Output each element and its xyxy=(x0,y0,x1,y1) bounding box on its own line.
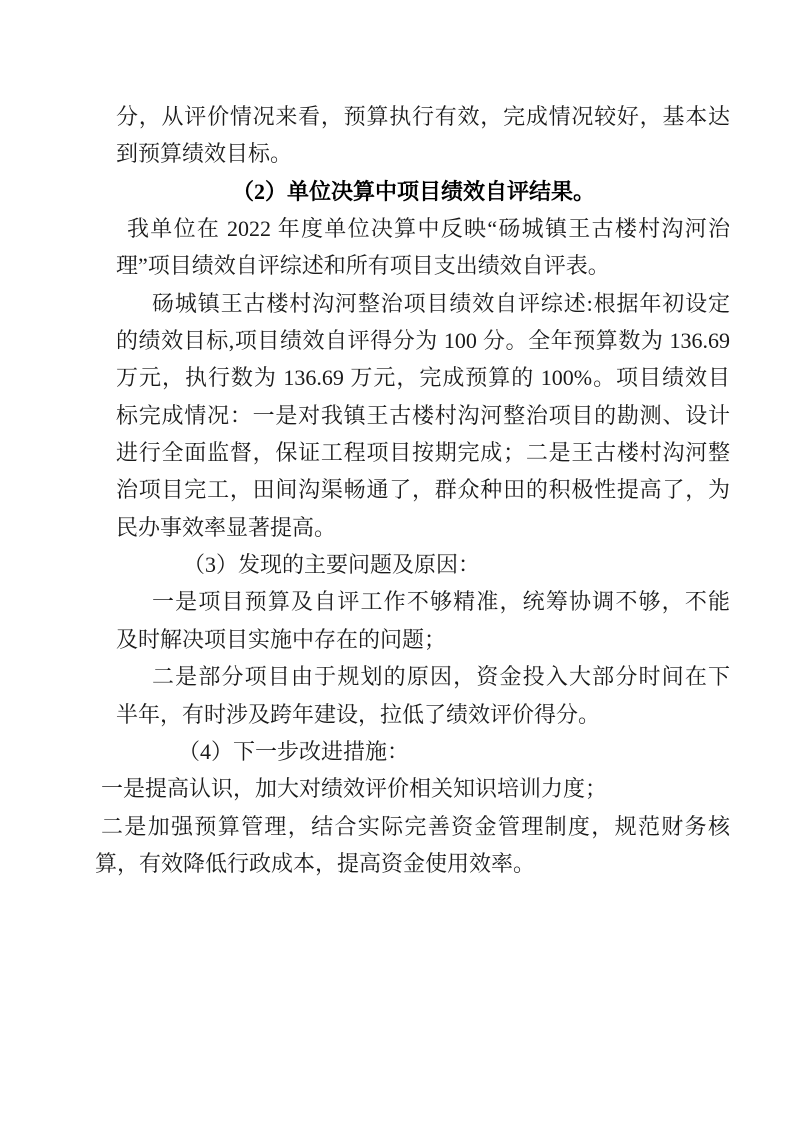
text-line: 标完成情况：一是对我镇王古楼村沟河整治项目的勘测、设计 xyxy=(116,397,730,434)
text-line: 二是部分项目由于规划的原因，资金投入大部分时间在下 xyxy=(116,658,730,695)
text-line: 半年，有时涉及跨年建设，拉低了绩效评价得分。 xyxy=(116,696,730,733)
text-line: 一是项目预算及自评工作不够精准，统筹协调不够，不能 xyxy=(116,583,730,620)
text-line: 民办事效率显著提高。 xyxy=(116,509,730,546)
section-heading: （2）单位决算中项目绩效自评结果。 xyxy=(116,173,730,210)
text-line: 的绩效目标,项目绩效自评得分为 100 分。全年预算数为 136.69 xyxy=(116,322,730,359)
text-line: 万元，执行数为 136.69 万元，完成预算的 100%。项目绩效目 xyxy=(116,359,730,396)
text-line: 进行全面监督，保证工程项目按期完成；二是王古楼村沟河整 xyxy=(116,434,730,471)
text-line: 及时解决项目实施中存在的问题； xyxy=(116,621,730,658)
text-line: 砀城镇王古楼村沟河整治项目绩效自评综述:根据年初设定 xyxy=(116,285,730,322)
text-line: 我单位在 2022 年度单位决算中反映“砀城镇王古楼村沟河治 xyxy=(116,210,730,247)
text-line: 算，有效降低行政成本，提高资金使用效率。 xyxy=(95,845,730,882)
text-line: （3）发现的主要问题及原因： xyxy=(116,546,730,583)
text-line: （4）下一步改进措施： xyxy=(116,733,730,770)
text-line: 二是加强预算管理，结合实际完善资金管理制度，规范财务核 xyxy=(95,808,730,845)
text-line: 一是提高认识，加大对绩效评价相关知识培训力度； xyxy=(95,770,730,807)
document-page: 分，从评价情况来看，预算执行有效，完成情况较好，基本达到预算绩效目标。（2）单位… xyxy=(0,0,793,1122)
text-line: 治项目完工，田间沟渠畅通了，群众种田的积极性提高了，为 xyxy=(116,471,730,508)
text-line: 理”项目绩效自评综述和所有项目支出绩效自评表。 xyxy=(116,247,730,284)
text-line: 分，从评价情况来看，预算执行有效，完成情况较好，基本达 xyxy=(116,98,730,135)
text-block: 分，从评价情况来看，预算执行有效，完成情况较好，基本达到预算绩效目标。（2）单位… xyxy=(116,98,730,882)
text-line: 到预算绩效目标。 xyxy=(116,135,730,172)
